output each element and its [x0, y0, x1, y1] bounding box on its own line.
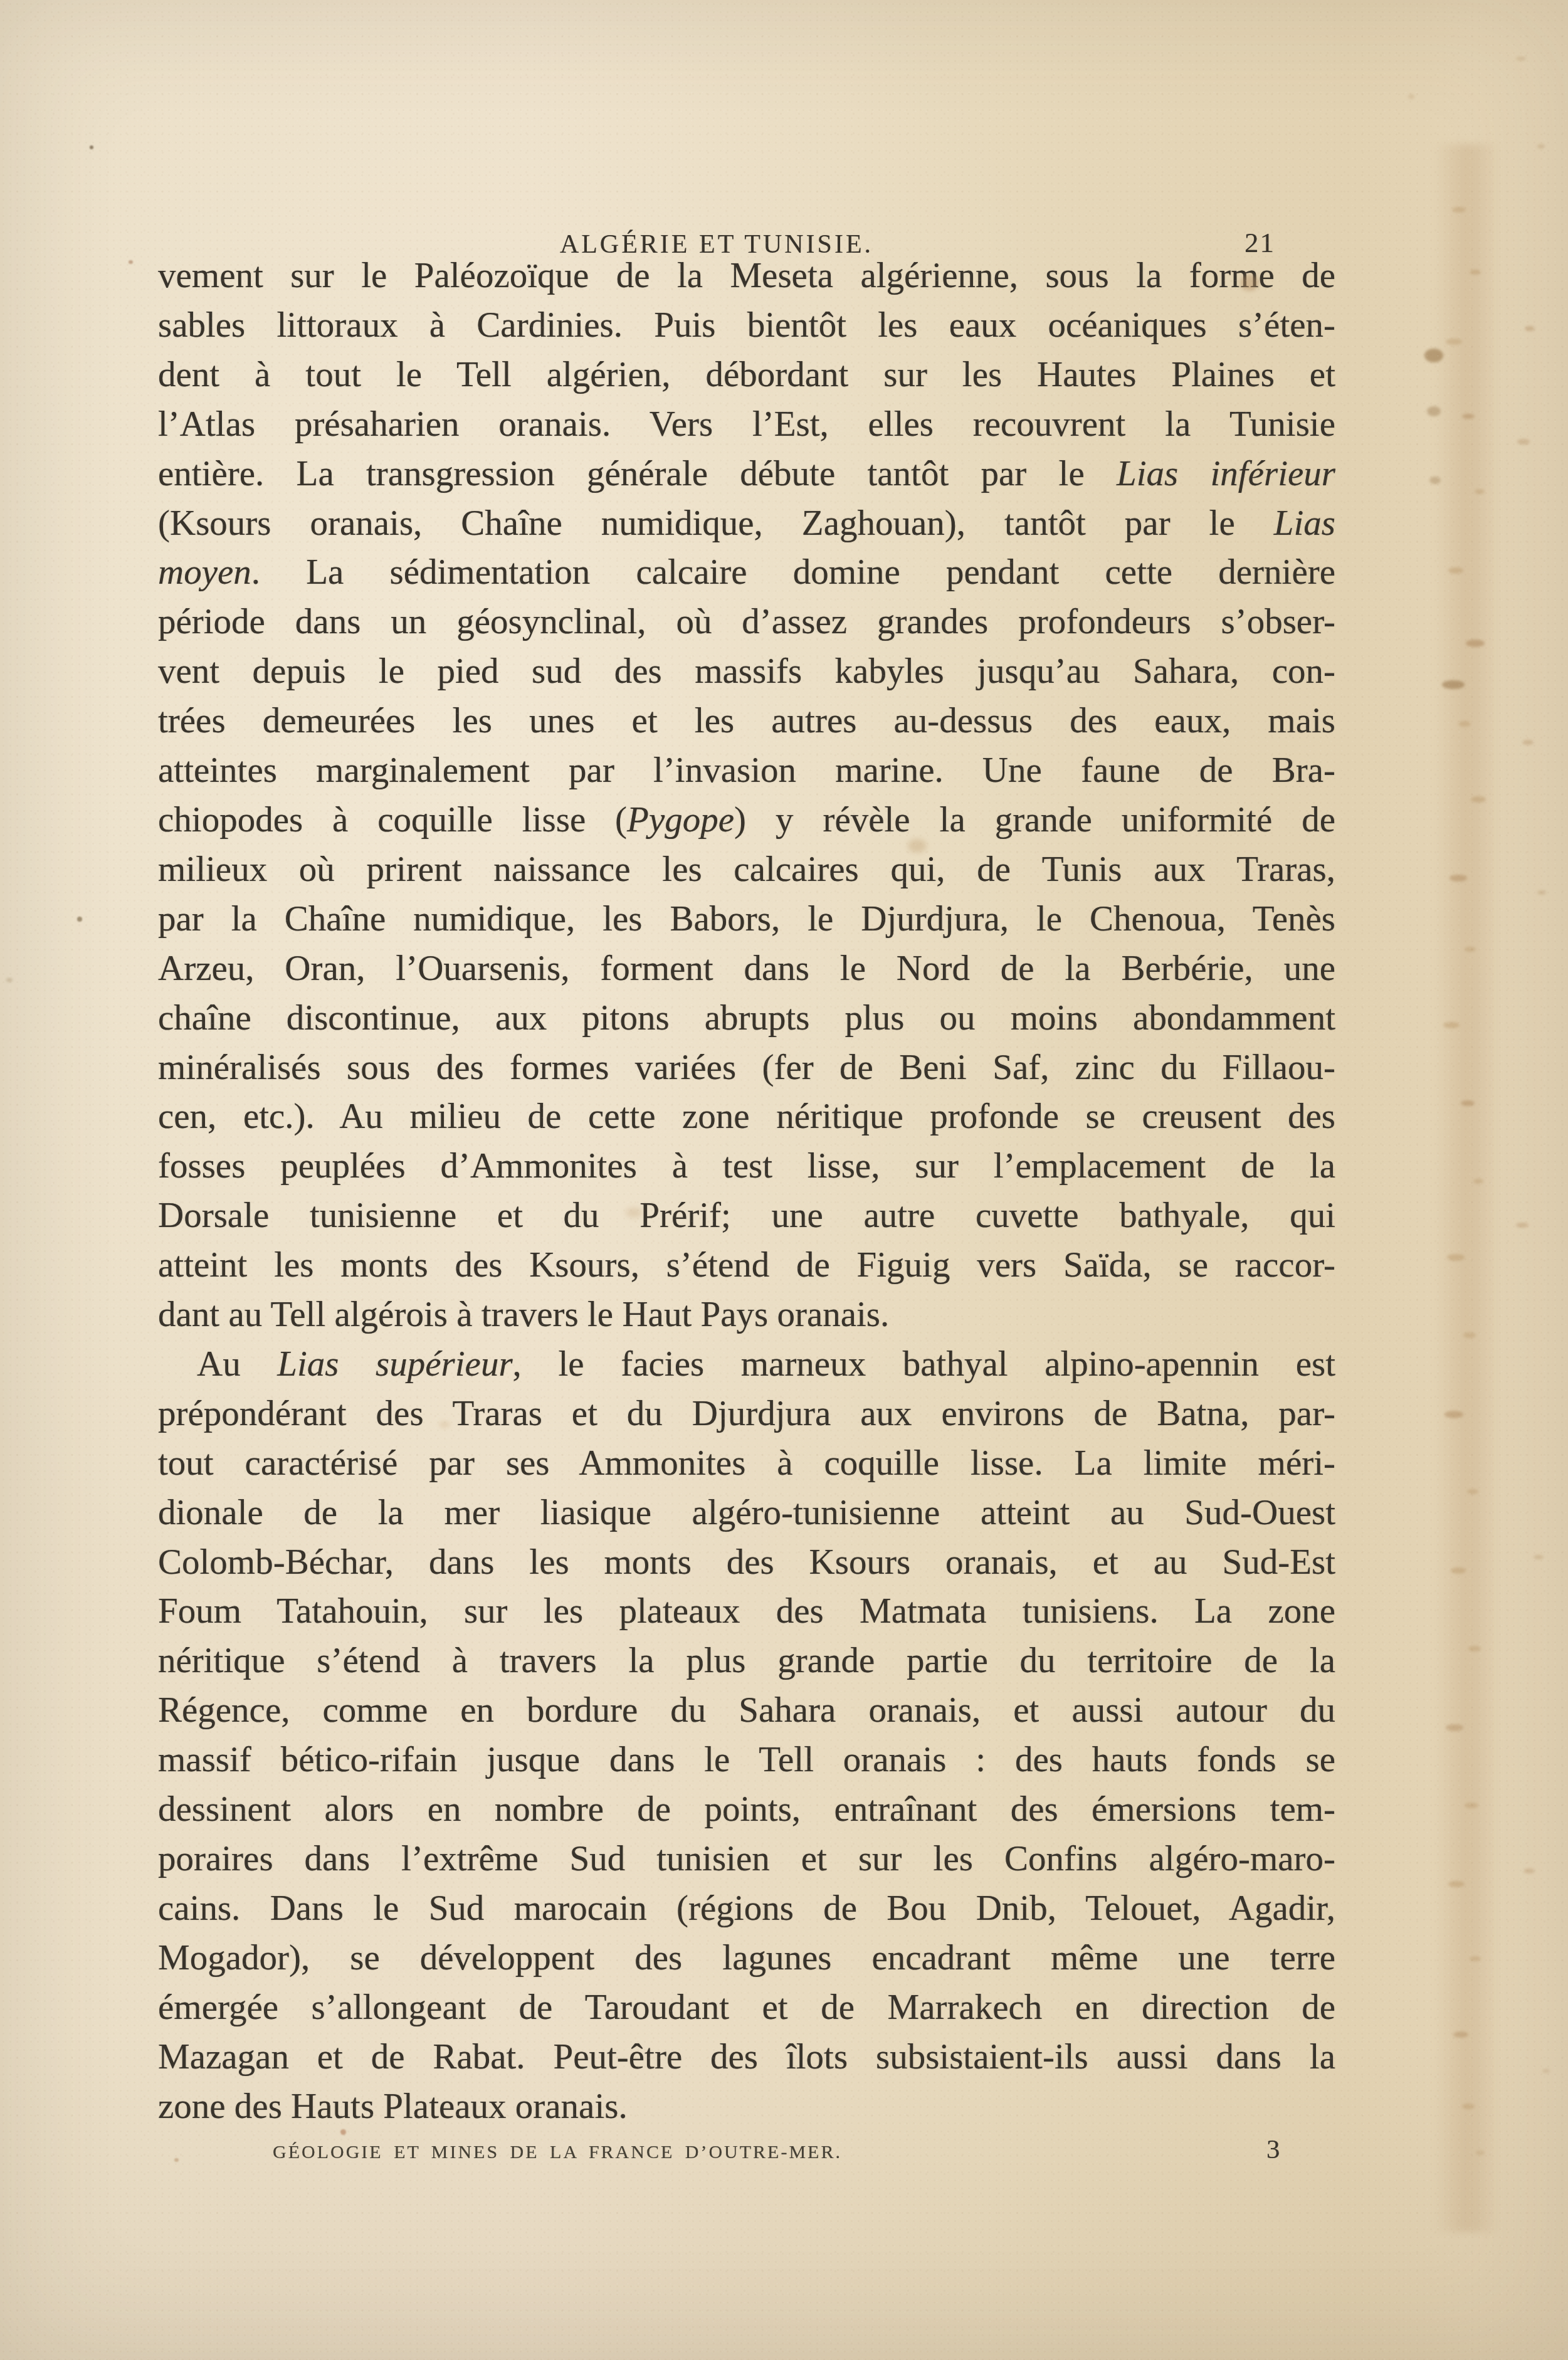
text-line: tout caractérisé par ses Ammonites à coq… — [158, 1439, 1335, 1488]
foxing-spot — [6, 978, 13, 982]
text-line: vement sur le Paléozoïque de la Meseta a… — [158, 251, 1335, 301]
foxing-spot — [1537, 890, 1546, 895]
text-line: moyen. La sédimentation calcaire domine … — [158, 548, 1335, 598]
foxing-spot — [1537, 144, 1545, 149]
foxing-spot — [90, 145, 93, 149]
text-line: émergée s’allongeant de Taroudant et de … — [158, 1983, 1335, 2033]
text-line: Au Lias supérieur, le facies marneux bat… — [158, 1340, 1335, 1389]
foxing-spot — [129, 260, 133, 264]
text-line: néritique s’étend à travers la plus gran… — [158, 1636, 1335, 1686]
text-line: zone des Hauts Plateaux oranais. — [158, 2082, 1335, 2132]
text-line: atteint les monts des Ksours, s’étend de… — [158, 1241, 1335, 1290]
text-line: Dorsale tunisienne et du Prérif; une aut… — [158, 1191, 1335, 1241]
text-line: sables littoraux à Cardinies. Puis bient… — [158, 301, 1335, 350]
text-line: l’Atlas présaharien oranais. Vers l’Est,… — [158, 400, 1335, 450]
text-line: dent à tout le Tell algérien, débordant … — [158, 350, 1335, 400]
text-line: cen, etc.). Au milieu de cette zone néri… — [158, 1092, 1335, 1142]
text-line: dionale de la mer liasique algéro-tunisi… — [158, 1488, 1335, 1538]
foxing-spot — [1522, 740, 1534, 745]
text-line: cains. Dans le Sud marocain (régions de … — [158, 1884, 1335, 1934]
text-line: milieux où prirent naissance les calcair… — [158, 845, 1335, 895]
body-text: vement sur le Paléozoïque de la Meseta a… — [158, 251, 1335, 2131]
text-line: chiopodes à coquille lisse (Pygope) y ré… — [158, 796, 1335, 845]
foxing-spot — [1516, 56, 1526, 61]
scanned-book-page: ALGÉRIE ET TUNISIE. 21 vement sur le Pal… — [0, 0, 1568, 2360]
foxing-spot — [1408, 94, 1414, 99]
text-line: trées demeurées les unes et les autres a… — [158, 697, 1335, 746]
foxing-spot — [1517, 439, 1530, 445]
foxing-spot — [1534, 1555, 1544, 1559]
text-line: atteintes marginalement par l’invasion m… — [158, 746, 1335, 796]
text-line: prépondérant des Traras et du Djurdjura … — [158, 1389, 1335, 1439]
text-line: Colomb-Béchar, dans les monts des Ksours… — [158, 1538, 1335, 1588]
foxing-spot — [1542, 2069, 1550, 2073]
text-line: Arzeu, Oran, l’Ouarsenis, forment dans l… — [158, 944, 1335, 994]
text-line: fosses peuplées d’Ammonites à test lisse… — [158, 1142, 1335, 1191]
text-line: vent depuis le pied sud des massifs kaby… — [158, 647, 1335, 697]
foxing-spot — [77, 917, 82, 922]
foxing-spot — [1525, 326, 1535, 331]
text-line: chaîne discontinue, aux pitons abrupts p… — [158, 994, 1335, 1043]
text-line: par la Chaîne numidique, les Babors, le … — [158, 895, 1335, 944]
foxing-spot — [1523, 1868, 1535, 1873]
text-line: période dans un géosynclinal, où d’assez… — [158, 598, 1335, 647]
text-line: minéralisés sous des formes variées (fer… — [158, 1043, 1335, 1093]
text-line: Mazagan et de Rabat. Peut-être des îlots… — [158, 2033, 1335, 2082]
text-line: dessinent alors en nombre de points, ent… — [158, 1785, 1335, 1835]
text-line: Mogador), se développent des lagunes enc… — [158, 1934, 1335, 1983]
signature-mark: 3 — [1266, 2134, 1280, 2165]
foxing-streak — [1434, 144, 1500, 2232]
text-line: (Ksours oranais, Chaîne numidique, Zagho… — [158, 499, 1335, 549]
text-line: poraires dans l’extrême Sud tunisien et … — [158, 1835, 1335, 1884]
series-title: GÉOLOGIE ET MINES DE LA FRANCE D’OUTRE-M… — [273, 2142, 842, 2163]
foxing-spot — [174, 2158, 179, 2162]
foxing-spot — [1516, 1223, 1529, 1228]
text-line: massif bético-rifain jusque dans le Tell… — [158, 1736, 1335, 1785]
text-line: Régence, comme en bordure du Sahara oran… — [158, 1686, 1335, 1736]
text-line: Foum Tatahouin, sur les plateaux des Mat… — [158, 1587, 1335, 1636]
text-line: entière. La transgression générale début… — [158, 450, 1335, 499]
text-line: dant au Tell algérois à travers le Haut … — [158, 1290, 1335, 1340]
